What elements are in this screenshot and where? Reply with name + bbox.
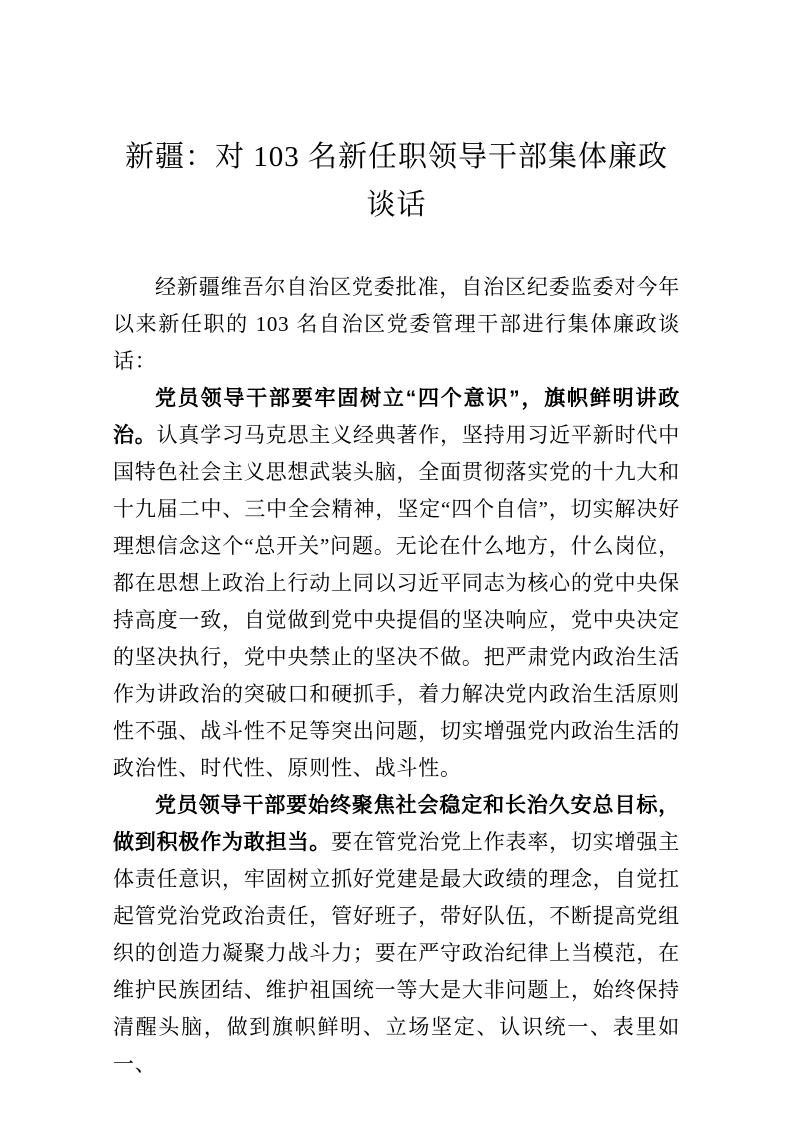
paragraph-four-consciousnesses: 党员领导干部要牢固树立“四个意识”，旗帜鲜明讲政治。认真学习马克思主义经典著作，… (113, 380, 680, 787)
paragraph-intro: 经新疆维吾尔自治区党委批准，自治区纪委监委对今年以来新任职的 103 名自治区党… (113, 269, 680, 380)
document-title: 新疆：对 103 名新任职领导干部集体廉政谈话 (113, 133, 680, 229)
paragraph-text: 经新疆维吾尔自治区党委批准，自治区纪委监委对今年以来新任职的 103 名自治区党… (113, 275, 680, 373)
paragraph-text: 要在管党治党上作表率，切实增强主体责任意识，牢固树立抓好党建是最大政绩的理念，自… (113, 830, 680, 1076)
document-page: 新疆：对 103 名新任职领导干部集体廉政谈话 经新疆维吾尔自治区党委批准，自治… (0, 0, 793, 1122)
paragraph-text: 认真学习马克思主义经典著作，坚持用习近平新时代中国特色社会主义思想武装头脑，全面… (113, 423, 680, 780)
paragraph-social-stability: 党员领导干部要始终聚焦社会稳定和长治久安总目标，做到积极作为敢担当。要在管党治党… (113, 787, 680, 1083)
